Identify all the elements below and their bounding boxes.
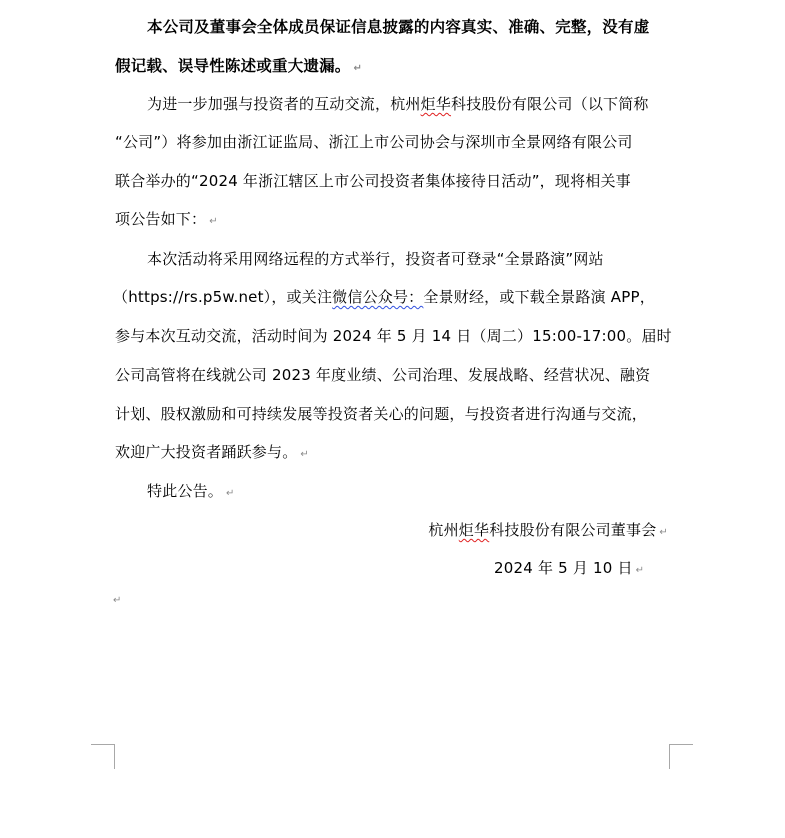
spelling-flagged-word[interactable]: 炬华: [459, 521, 489, 539]
margin-corner-mark-left: [91, 744, 115, 769]
activity-text: 全景财经，或下载全景路演 APP，: [423, 288, 655, 306]
intro-line-2: “公司”）将参加由浙江证监局、浙江上市公司协会与深圳市全景网络有限公司: [115, 132, 670, 152]
activity-line-6: 欢迎广大投资者踊跃参与。↵: [115, 442, 670, 465]
activity-line-3: 参与本次互动交流，活动时间为 2024 年 5 月 14 日（周二）15:00-…: [115, 326, 670, 346]
signature-text: 杭州: [428, 521, 458, 539]
statement-line-1: 本公司及董事会全体成员保证信息披露的内容真实、准确、完整，没有虚: [147, 17, 702, 37]
paragraph-mark-icon: ↵: [300, 449, 309, 460]
spelling-flagged-word[interactable]: 炬华: [421, 95, 451, 113]
paragraph-mark-icon: ↵: [659, 527, 668, 538]
paragraph-mark-icon: ↵: [354, 63, 363, 74]
activity-line-2: （https://rs.p5w.net），或关注微信公众号：全景财经，或下载全景…: [113, 287, 668, 307]
activity-text: 欢迎广大投资者踊跃参与。: [115, 443, 297, 461]
paragraph-mark-icon: ↵: [636, 565, 645, 576]
intro-text: 科技股份有限公司（以下简称: [451, 95, 649, 113]
activity-text: 本次活动将采用网络远程的方式举行，投资者可登录“全景路演”网站: [147, 250, 604, 268]
intro-line-3: 联合举办的“2024 年浙江辖区上市公司投资者集体接待日活动”，现将相关事: [115, 171, 670, 191]
statement-line-2: 假记载、误导性陈述或重大遗漏。↵: [115, 56, 670, 79]
closing-line: 特此公告。↵: [147, 481, 702, 504]
intro-text: 项公告如下：: [115, 210, 206, 228]
empty-paragraph[interactable]: ↵: [113, 588, 668, 611]
signature-company: 杭州炬华科技股份有限公司董事会↵: [428, 520, 668, 543]
paragraph-mark-icon: ↵: [113, 595, 122, 606]
intro-line-1: 为进一步加强与投资者的互动交流，杭州炬华科技股份有限公司（以下简称: [147, 94, 702, 114]
intro-text: 为进一步加强与投资者的互动交流，杭州: [147, 95, 421, 113]
statement-text: 本公司及董事会全体成员保证信息披露的内容真实、准确、完整，没有虚: [147, 18, 649, 36]
statement-text: 假记载、误导性陈述或重大遗漏。: [115, 57, 351, 75]
activity-text: 参与本次互动交流，活动时间为 2024 年 5 月 14 日（周二）15:00-…: [115, 327, 672, 345]
activity-text: （https://rs.p5w.net），或关注: [113, 288, 332, 306]
document-page: 本公司及董事会全体成员保证信息披露的内容真实、准确、完整，没有虚 假记载、误导性…: [0, 0, 785, 838]
date-text: 2024 年 5 月 10 日: [494, 559, 633, 577]
intro-text: “公司”）将参加由浙江证监局、浙江上市公司协会与深圳市全景网络有限公司: [115, 133, 633, 151]
signature-text: 科技股份有限公司董事会: [489, 521, 656, 539]
margin-corner-mark-right: [669, 744, 693, 769]
intro-line-4: 项公告如下：↵: [115, 209, 670, 232]
signature-date: 2024 年 5 月 10 日↵: [494, 558, 644, 581]
activity-text: 公司高管将在线就公司 2023 年度业绩、公司治理、发展战略、经营状况、融资: [115, 366, 650, 384]
grammar-flagged-phrase[interactable]: 微信公众号：: [332, 288, 423, 306]
paragraph-mark-icon: ↵: [209, 216, 218, 227]
intro-text: 联合举办的“2024 年浙江辖区上市公司投资者集体接待日活动”，现将相关事: [115, 172, 631, 190]
activity-text: 计划、股权激励和可持续发展等投资者关心的问题，与投资者进行沟通与交流，: [115, 405, 647, 423]
activity-line-1: 本次活动将采用网络远程的方式举行，投资者可登录“全景路演”网站: [147, 249, 702, 269]
activity-line-5: 计划、股权激励和可持续发展等投资者关心的问题，与投资者进行沟通与交流，: [115, 404, 670, 424]
activity-line-4: 公司高管将在线就公司 2023 年度业绩、公司治理、发展战略、经营状况、融资: [115, 365, 670, 385]
paragraph-mark-icon: ↵: [226, 488, 235, 499]
closing-text: 特此公告。: [147, 482, 223, 500]
